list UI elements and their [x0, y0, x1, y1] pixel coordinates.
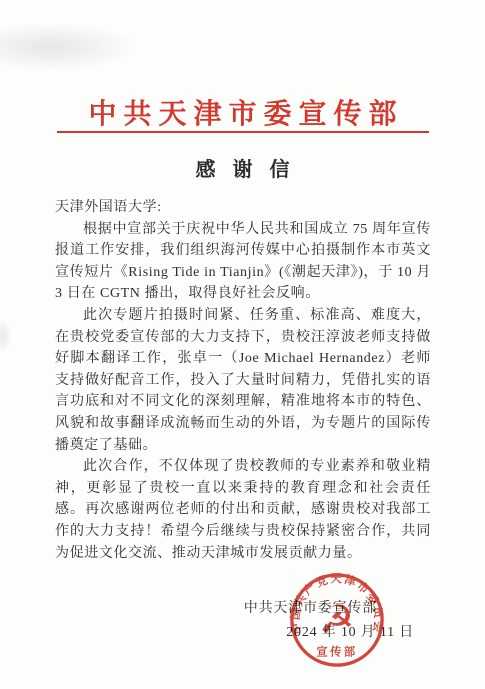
letter-body: 天津外国语大学: 根据中宣部关于庆祝中华人民共和国成立 75 周年宣传报道工作安… [55, 197, 431, 564]
paragraph-3: 此次合作，不仅体现了贵校教师的专业素养和敬业精神，更彰显了贵校一直以来秉持的教育… [55, 456, 431, 564]
scan-smudge-top [0, 22, 140, 72]
paragraph-1: 根据中宣部关于庆祝中华人民共和国成立 75 周年宣传报道工作安排，我们组织海河传… [55, 219, 431, 305]
official-seal-svg: 中国共产党天津市委员会 ☭ 宣传部 [288, 571, 386, 669]
salutation: 天津外国语大学: [55, 197, 431, 219]
letter-page: 中共天津市委宣传部 感谢信 天津外国语大学: 根据中宣部关于庆祝中华人民共和国成… [0, 0, 485, 689]
letter-title: 感谢信 [0, 153, 485, 182]
hammer-sickle-icon: ☭ [319, 598, 354, 643]
official-seal: 中国共产党天津市委员会 ☭ 宣传部 [288, 571, 386, 669]
letterhead-divider [57, 131, 429, 133]
scan-smudge-left [0, 318, 12, 354]
letterhead-title: 中共天津市委宣传部 [0, 92, 485, 132]
seal-bottom-text: 宣传部 [316, 644, 357, 658]
paragraph-2: 此次专题片拍摄时间紧、任务重、标准高、难度大，在贵校党委宣传部的大力支持下，贵校… [55, 305, 431, 456]
